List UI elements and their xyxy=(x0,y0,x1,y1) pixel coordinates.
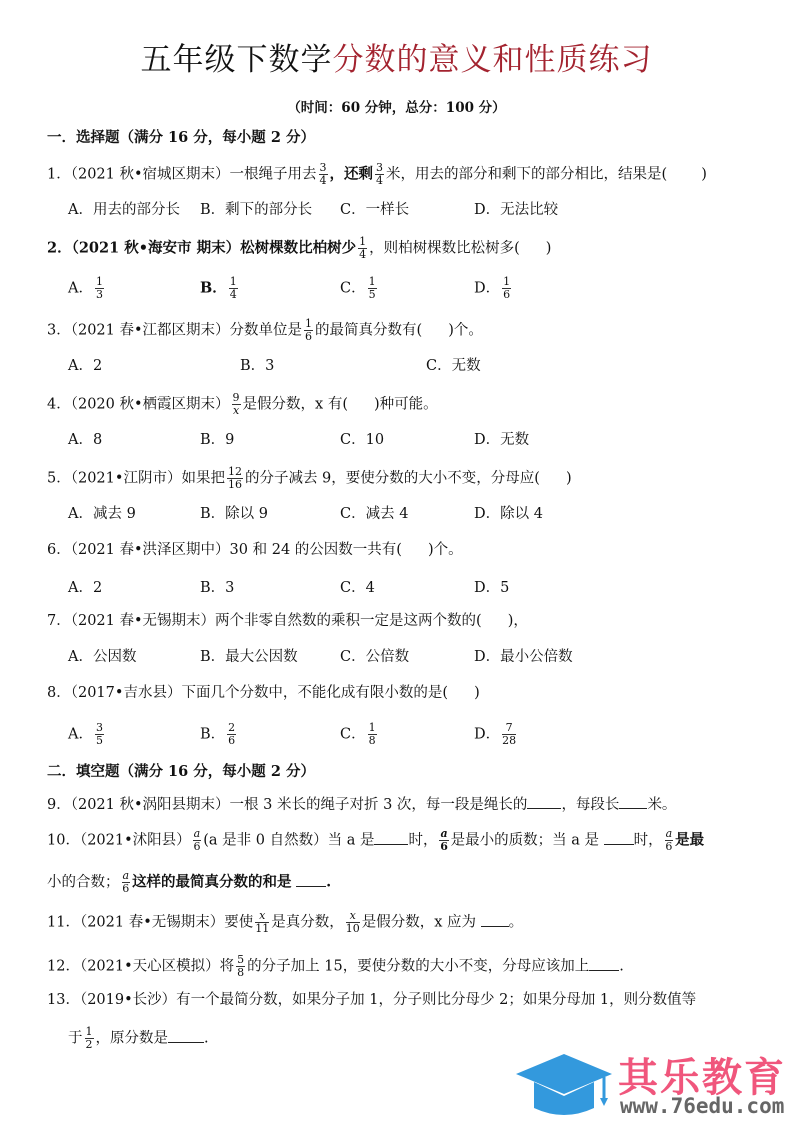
section-1-heading: 一．选择题（满分 16 分，每小题 2 分） xyxy=(47,128,315,148)
q-text: 是最 xyxy=(675,832,704,849)
option-a[interactable]: A．35 xyxy=(68,722,106,747)
question-8: 8．（2017•吉水县）下面几个分数中，不能化成有限小数的是() xyxy=(47,683,480,703)
q-text: 小的合数； xyxy=(47,875,120,891)
q-text: （2019•长沙）有一个最简分数，如果分子加 1，分子则比分母少 2；如果分母加… xyxy=(80,992,696,1008)
question-8-options: A．35 B．26 C．18 D．728 xyxy=(68,722,668,756)
question-2-options: A．13 B．14 C．15 D．16 xyxy=(68,276,668,310)
fraction: a6 xyxy=(193,828,202,853)
option-a[interactable]: A．减去 9 xyxy=(68,504,136,524)
question-5: 5．（2021•江阴市）如果把1216的分子减去 9，要使分数的大小不变，分母应… xyxy=(47,466,572,491)
q-text: 这样的最简真分数的和是 xyxy=(132,874,292,891)
q-text: . xyxy=(619,959,624,975)
fraction: a6 xyxy=(665,828,674,853)
answer-blank[interactable] xyxy=(296,872,326,887)
option-d[interactable]: D．728 xyxy=(474,722,518,747)
option-c[interactable]: C．减去 4 xyxy=(340,504,408,524)
question-5-options: A．减去 9 B．除以 9 C．减去 4 D．除以 4 xyxy=(68,504,668,538)
q-text: （2021 秋•涡阳县期末）一根 3 米长的绳子对折 3 次，每一段是绳长的 xyxy=(71,797,528,813)
q-text: ，每段长 xyxy=(561,797,619,813)
q-text: 是假分数，x 应为 xyxy=(362,915,476,931)
question-12: 12．（2021•天心区模拟）将58的分子加上 15，要使分数的大小不变，分母应… xyxy=(47,954,624,979)
q-text: （2021 春•江都区期末）分数单位是 xyxy=(71,323,302,339)
answer-blank[interactable] xyxy=(374,830,408,845)
option-b[interactable]: B．9 xyxy=(200,430,234,450)
q-num: 4． xyxy=(47,397,71,413)
option-b[interactable]: B．3 xyxy=(240,356,274,376)
option-d[interactable]: D．无法比较 xyxy=(474,200,558,220)
q-text: （2021 春•无锡期末）要使 xyxy=(80,915,253,931)
q-text: 是真分数， xyxy=(271,915,344,931)
title-red: 分数的意义和性质练习 xyxy=(333,42,653,78)
q-num: 7． xyxy=(47,613,71,629)
q-text: ，原分数是 xyxy=(96,1031,169,1047)
q-text: )， xyxy=(508,613,528,629)
q-text: )个。 xyxy=(428,542,463,558)
q-num: 6． xyxy=(47,542,71,558)
logo: 其乐教育 www.76edu.com xyxy=(508,1040,793,1122)
q-text: ，则柏树棵数比松树多( xyxy=(369,241,520,257)
exam-info: （时间：60 分钟，总分：100 分） xyxy=(0,96,793,116)
option-b[interactable]: B．剩下的部分长 xyxy=(200,200,312,220)
q-text: （2021•天心区模拟）将 xyxy=(80,959,234,975)
fraction: 34 xyxy=(319,162,328,187)
q-text: ) xyxy=(701,167,707,183)
title-black: 五年级下数学 xyxy=(141,42,333,78)
option-a[interactable]: A．2 xyxy=(68,356,102,376)
option-c[interactable]: C．一样长 xyxy=(340,200,409,220)
q-text: （2017•吉水县）下面几个分数中，不能化成有限小数的是( xyxy=(71,685,448,701)
q-text: 的最简真分数有( xyxy=(315,323,422,339)
question-6-options: A．2 B．3 C．4 D．5 xyxy=(68,578,668,612)
question-1-options: A．用去的部分长 B．剩下的部分长 C．一样长 D．无法比较 xyxy=(68,200,668,234)
q-text: 米，用去的部分和剩下的部分相比，结果是( xyxy=(386,167,667,183)
question-7: 7．（2021 春•无锡期末）两个非零自然数的乘积一定是这两个数的()， xyxy=(47,611,528,631)
q-text: (a 是非 0 自然数）当 a 是 xyxy=(203,833,374,849)
q-text: 时， xyxy=(634,833,663,849)
question-10: 10．（2021•沭阳县）a6(a 是非 0 自然数）当 a 是时，a6是最小的… xyxy=(47,828,704,853)
option-a[interactable]: A．13 xyxy=(68,276,106,301)
q-text: （2021•江阴市）如果把 xyxy=(71,471,225,487)
q-num: 3． xyxy=(47,323,71,339)
page-title: 五年级下数学分数的意义和性质练习 xyxy=(0,34,793,79)
question-13: 13．（2019•长沙）有一个最简分数，如果分子加 1，分子则比分母少 2；如果… xyxy=(47,990,696,1010)
option-d[interactable]: D．无数 xyxy=(474,430,529,450)
q-num: 5． xyxy=(47,471,71,487)
option-a[interactable]: A．8 xyxy=(68,430,102,450)
option-b[interactable]: B．除以 9 xyxy=(200,504,268,524)
q-num: 9． xyxy=(47,797,71,813)
q-text: ，还剩 xyxy=(330,166,374,183)
option-a[interactable]: A．公因数 xyxy=(68,647,136,667)
q-text: （2020 秋•栖霞区期末） xyxy=(71,397,230,413)
q-num: 12． xyxy=(47,959,80,975)
fraction: 1216 xyxy=(227,466,243,491)
option-b[interactable]: B．26 xyxy=(200,722,238,747)
option-d[interactable]: D．16 xyxy=(474,276,513,301)
answer-blank[interactable] xyxy=(619,794,647,809)
q-num: 1． xyxy=(47,167,71,183)
question-4: 4．（2020 秋•栖霞区期末）9x是假分数，x 有()种可能。 xyxy=(47,392,438,417)
option-b[interactable]: B．14 xyxy=(200,276,240,301)
option-c[interactable]: C．4 xyxy=(340,578,375,598)
option-d[interactable]: D．除以 4 xyxy=(474,504,543,524)
fraction: x10 xyxy=(346,910,360,935)
q-text: （2021•沭阳县） xyxy=(80,833,191,849)
q-text: 是最小的质数；当 a 是 xyxy=(451,833,599,849)
fraction: a6 xyxy=(439,828,448,853)
question-2: 2．（2021 秋•海安市 期末）松树棵数比柏树少14，则柏树棵数比松树多() xyxy=(47,236,551,261)
graduation-cap-icon xyxy=(514,1052,614,1118)
q-text: )种可能。 xyxy=(374,397,438,413)
option-a[interactable]: A．用去的部分长 xyxy=(68,200,180,220)
option-c[interactable]: C．公倍数 xyxy=(340,647,409,667)
question-3: 3．（2021 春•江都区期末）分数单位是16的最简真分数有()个。 xyxy=(47,318,483,343)
answer-blank[interactable] xyxy=(527,794,561,809)
section-2-heading: 二．填空题（满分 16 分，每小题 2 分） xyxy=(47,762,315,782)
q-text: 。 xyxy=(509,915,524,931)
option-b[interactable]: B．最大公因数 xyxy=(200,647,298,667)
answer-blank[interactable] xyxy=(604,830,634,845)
question-7-options: A．公因数 B．最大公因数 C．公倍数 D．最小公倍数 xyxy=(68,647,668,681)
q-text: 米。 xyxy=(647,797,676,813)
q-num: 11． xyxy=(47,915,80,931)
fraction: 34 xyxy=(375,162,384,187)
question-9: 9．（2021 秋•涡阳县期末）一根 3 米长的绳子对折 3 次，每一段是绳长的… xyxy=(47,794,676,815)
q-text: )个。 xyxy=(448,323,483,339)
fraction: a6 xyxy=(122,870,131,895)
question-6: 6．（2021 春•洪泽区期中）30 和 24 的公因数一共有()个。 xyxy=(47,540,463,560)
fraction: 9x xyxy=(232,392,241,417)
option-a[interactable]: A．2 xyxy=(68,578,102,598)
q-num: 13． xyxy=(47,992,80,1008)
q-text: 于 xyxy=(68,1031,83,1047)
q-num: 10． xyxy=(47,833,80,849)
answer-blank[interactable] xyxy=(589,956,619,971)
fraction: 14 xyxy=(358,236,367,261)
answer-blank[interactable] xyxy=(481,912,509,927)
option-c[interactable]: C．无数 xyxy=(426,356,481,376)
fraction: 12 xyxy=(85,1026,94,1051)
q-text: （2021 秋•海安市 期末）松树棵数比柏树少 xyxy=(72,240,356,257)
q-text: ) xyxy=(546,241,552,257)
q-text: （2021 秋•宿城区期末）一根绳子用去 xyxy=(71,167,317,183)
q-text: ) xyxy=(566,471,572,487)
q-num: 2． xyxy=(47,240,72,257)
option-c[interactable]: C．18 xyxy=(340,722,379,747)
option-d[interactable]: D．最小公倍数 xyxy=(474,647,573,667)
option-c[interactable]: C．10 xyxy=(340,430,384,450)
fraction: x11 xyxy=(255,910,269,935)
option-c[interactable]: C．15 xyxy=(340,276,379,301)
question-13-line-2: 于12，原分数是. xyxy=(68,1026,209,1051)
q-text: 是假分数，x 有( xyxy=(243,397,348,413)
q-text: 的分子减去 9，要使分数的大小不变，分母应( xyxy=(245,471,540,487)
question-11: 11．（2021 春•无锡期末）要使x11是真分数，x10是假分数，x 应为 。 xyxy=(47,910,523,935)
question-4-options: A．8 B．9 C．10 D．无数 xyxy=(68,430,668,464)
fraction: 16 xyxy=(304,318,313,343)
question-3-options: A．2 B．3 C．无数 xyxy=(68,356,668,390)
option-d[interactable]: D．5 xyxy=(474,578,509,598)
q-text: （2021 春•无锡期末）两个非零自然数的乘积一定是这两个数的( xyxy=(71,613,482,629)
q-text: （2021 春•洪泽区期中）30 和 24 的公因数一共有( xyxy=(71,542,402,558)
q-text: . xyxy=(326,874,331,891)
answer-blank[interactable] xyxy=(168,1028,204,1043)
q-text: 的分子加上 15，要使分数的大小不变，分母应该加上 xyxy=(247,959,589,975)
fraction: 58 xyxy=(236,954,245,979)
question-10-line-2: 小的合数；a6这样的最简真分数的和是 . xyxy=(47,870,331,895)
q-text: . xyxy=(204,1031,209,1047)
brand-url: www.76edu.com xyxy=(620,1094,784,1118)
q-text: ) xyxy=(474,685,480,701)
q-text: 时， xyxy=(408,833,437,849)
question-1: 1．（2021 秋•宿城区期末）一根绳子用去34，还剩34米，用去的部分和剩下的… xyxy=(47,162,707,187)
q-num: 8． xyxy=(47,685,71,701)
option-b[interactable]: B．3 xyxy=(200,578,234,598)
